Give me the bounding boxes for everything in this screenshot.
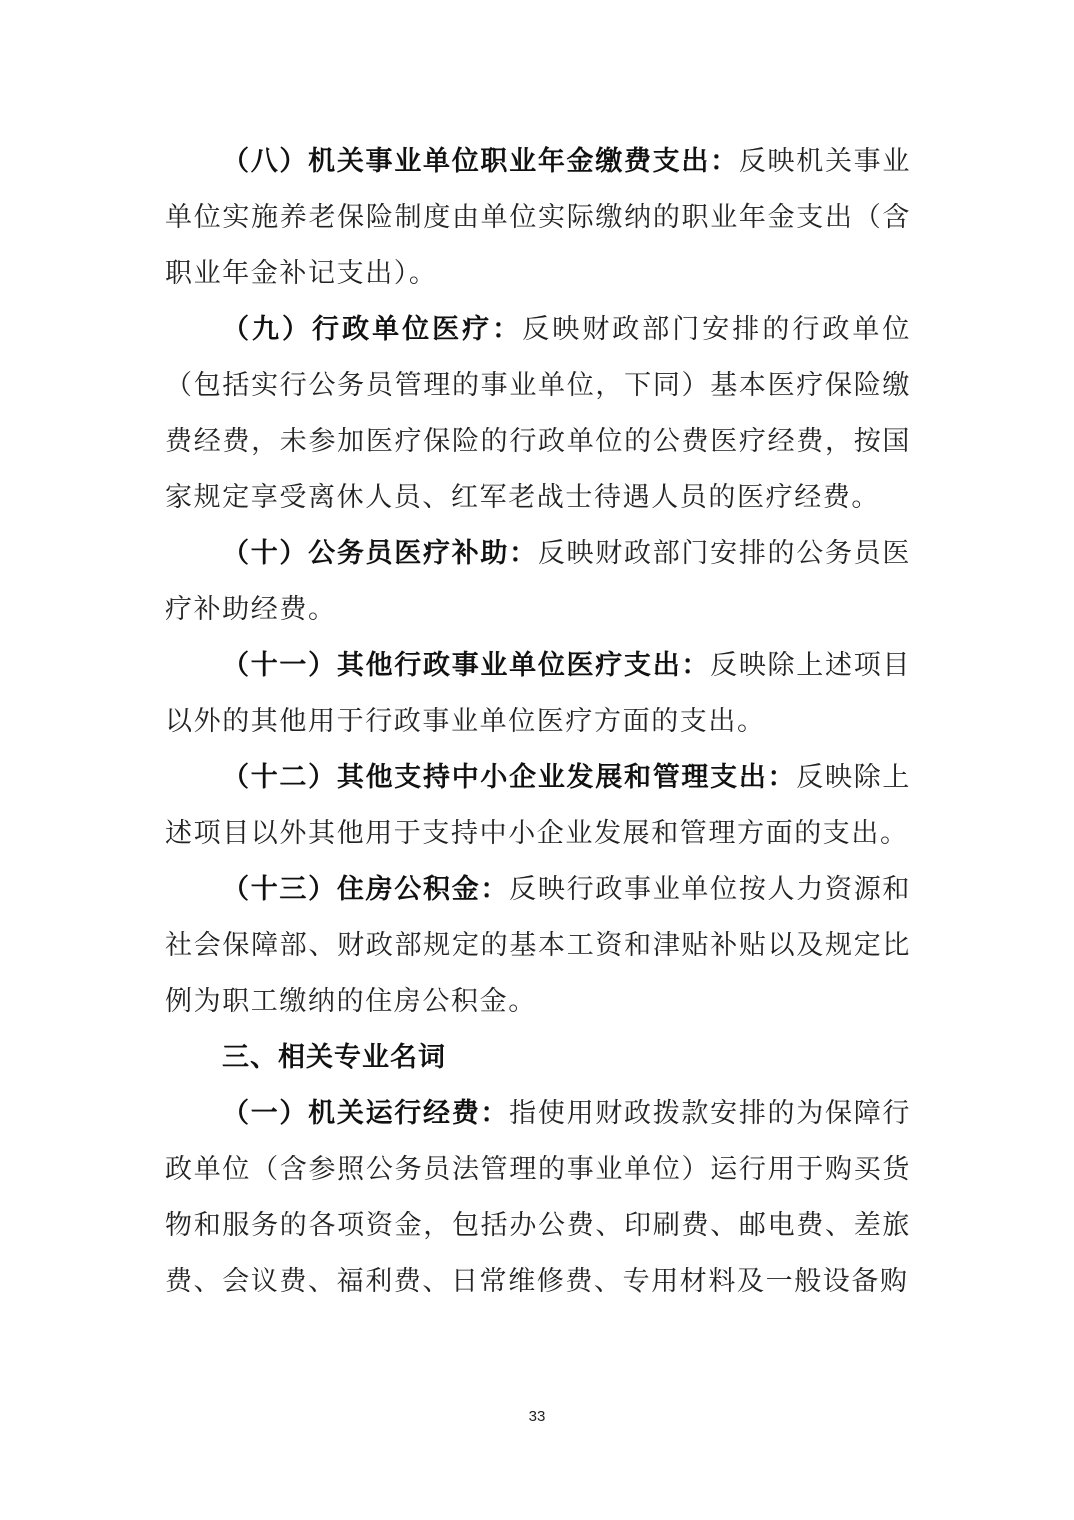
term-label: （十）公务员医疗补助：: [222, 538, 538, 569]
paragraph-operating-expenses: （一）机关运行经费：指使用财政拨款安排的为保障行政单位（含参照公务员法管理的事业…: [165, 1086, 911, 1310]
paragraph-other-medical: （十一）其他行政事业单位医疗支出：反映除上述项目以外的其他用于行政事业单位医疗方…: [165, 638, 911, 750]
paragraph-sme-support: （十二）其他支持中小企业发展和管理支出：反映除上述项目以外其他用于支持中小企业发…: [165, 750, 911, 862]
section-heading: 三、相关专业名词: [165, 1030, 911, 1086]
term-label: （一）机关运行经费：: [222, 1098, 509, 1129]
page-number: 33: [0, 1408, 1074, 1425]
paragraph-administrative-medical: （九）行政单位医疗：反映财政部门安排的行政单位（包括实行公务员管理的事业单位，下…: [165, 302, 911, 526]
term-label: （九）行政单位医疗：: [222, 314, 522, 345]
term-label: （十三）住房公积金：: [222, 874, 509, 905]
term-label: （十二）其他支持中小企业发展和管理支出：: [222, 762, 796, 793]
paragraph-civil-servant-medical-subsidy: （十）公务员医疗补助：反映财政部门安排的公务员医疗补助经费。: [165, 526, 911, 638]
document-page: （八）机关事业单位职业年金缴费支出：反映机关事业单位实施养老保险制度由单位实际缴…: [165, 134, 911, 1310]
term-label: （八）机关事业单位职业年金缴费支出：: [222, 146, 739, 177]
paragraph-housing-fund: （十三）住房公积金：反映行政事业单位按人力资源和社会保障部、财政部规定的基本工资…: [165, 862, 911, 1030]
paragraph-occupational-annuity: （八）机关事业单位职业年金缴费支出：反映机关事业单位实施养老保险制度由单位实际缴…: [165, 134, 911, 302]
term-label: （十一）其他行政事业单位医疗支出：: [222, 650, 710, 681]
